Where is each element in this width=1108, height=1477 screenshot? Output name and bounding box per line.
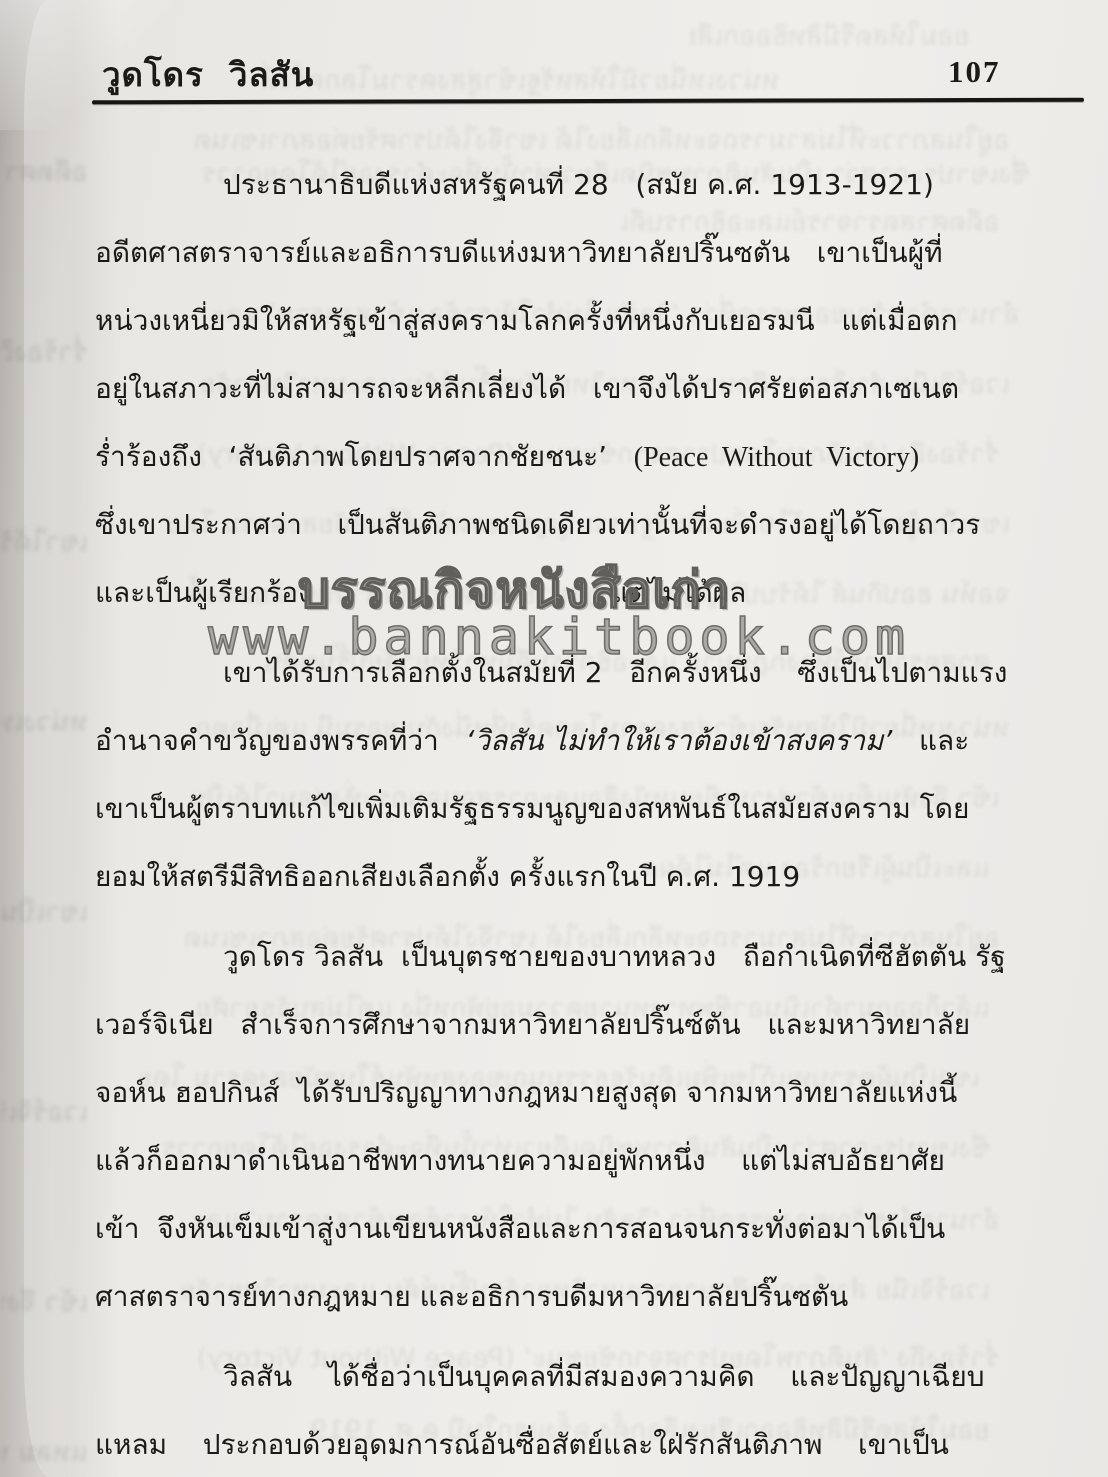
text-segment: หน่วงเหนี่ยวมิให้สหรัฐเข้าสู่สงครามโลกคร… xyxy=(95,304,958,337)
book-page: ยอมให้สตรีมีสิทธิออกเสียงเลือกตั้ง ครั้ง… xyxy=(0,0,1108,1477)
text-segment: ยอมให้สตรีมีสิทธิออกเสียงเลือกตั้ง ครั้ง… xyxy=(95,860,800,893)
text-line: วิลสัน ได้ชื่อว่าเป็นบุคคลที่มีสมองความค… xyxy=(95,1358,985,1396)
text-segment: (Peace Without Victory) xyxy=(634,442,919,473)
text-line: ซึ่งเขาประกาศว่า เป็นสันติภาพชนิดเดียวเท… xyxy=(95,506,980,544)
text-line: ยอมให้สตรีมีสิทธิออกเสียงเลือกตั้ง ครั้ง… xyxy=(95,858,800,896)
text-line: อดีตศาสตราจารย์และอธิการบดีแห่งมหาวิทยาล… xyxy=(95,234,943,272)
text-segment: เขาเป็นผู้ตราบทแก้ไขเพิ่มเติมรัฐธรรมนูญข… xyxy=(95,792,969,825)
text-segment: และ xyxy=(892,724,969,757)
text-segment: อำนาจคำขวัญของพรรคที่ว่า xyxy=(95,724,465,757)
text-line: ศาสตราจารย์ทางกฎหมาย และอธิการบดีมหาวิทย… xyxy=(95,1278,848,1316)
text-segment: วิลสัน ได้ชื่อว่าเป็นบุคคลที่มีสมองความค… xyxy=(223,1360,985,1393)
text-line: จอห์น ฮอปกินส์ ได้รับปริญญาทางกฎหมายสูงส… xyxy=(95,1074,957,1112)
text-line: แล้วก็ออกมาดำเนินอาชีพทางทนายความอยู่พัก… xyxy=(95,1142,945,1180)
text-line: แหลม ประกอบด้วยอุดมการณ์อันซื่อสัตย์และใ… xyxy=(95,1426,949,1464)
text-segment: อยู่ในสภาวะที่ไม่สามารถจะหลีกเลี่ยงได้ เ… xyxy=(95,372,959,405)
text-segment: ซึ่งเขาประกาศว่า เป็นสันติภาพชนิดเดียวเท… xyxy=(95,508,980,541)
text-segment: อดีตศาสตราจารย์และอธิการบดีแห่งมหาวิทยาล… xyxy=(95,236,943,269)
text-line: วูดโดร วิลสัน เป็นบุตรชายของบาทหลวง ถือก… xyxy=(95,938,1006,976)
text-segment: แล้วก็ออกมาดำเนินอาชีพทางทนายความอยู่พัก… xyxy=(95,1144,945,1177)
text-line: เวอร์จิเนีย สำเร็จการศึกษาจากมหาวิทยาลัย… xyxy=(95,1006,970,1044)
text-segment: ประธานาธิบดีแห่งสหรัฐคนที่ 28 (สมัย ค.ศ.… xyxy=(223,168,934,201)
text-line: อำนาจคำขวัญของพรรคที่ว่า ‘วิลสัน ไม่ทำให… xyxy=(95,722,969,760)
text-segment: เวอร์จิเนีย สำเร็จการศึกษาจากมหาวิทยาลัย… xyxy=(95,1008,970,1041)
text-segment: ศาสตราจารย์ทางกฎหมาย และอธิการบดีมหาวิทย… xyxy=(95,1280,848,1313)
body-text: ประธานาธิบดีแห่งสหรัฐคนที่ 28 (สมัย ค.ศ.… xyxy=(0,0,1108,1477)
text-line: ประธานาธิบดีแห่งสหรัฐคนที่ 28 (สมัย ค.ศ.… xyxy=(95,166,934,204)
text-segment: จอห์น ฮอปกินส์ ได้รับปริญญาทางกฎหมายสูงส… xyxy=(95,1076,957,1109)
text-line: เขาเป็นผู้ตราบทแก้ไขเพิ่มเติมรัฐธรรมนูญข… xyxy=(95,790,969,828)
watermark-url-text: www.bannakitbook.com xyxy=(208,608,910,666)
text-segment: ร่ำร้องถึง ‘สันติภาพโดยปราศจากชัยชนะ’ xyxy=(95,440,634,473)
text-segment: แหลม ประกอบด้วยอุดมการณ์อันซื่อสัตย์และใ… xyxy=(95,1428,949,1461)
text-line: ร่ำร้องถึง ‘สันติภาพโดยปราศจากชัยชนะ’ (P… xyxy=(95,438,919,477)
text-segment: และเป็นผู้เรียกร้อง xyxy=(95,576,312,609)
text-segment: ‘วิลสัน ไม่ทำให้เราต้องเข้าสงคราม’ xyxy=(465,724,892,757)
text-line: เข้า จึงหันเข็มเข้าสู่งานเขียนหนังสือและ… xyxy=(95,1210,945,1248)
text-segment: วูดโดร วิลสัน เป็นบุตรชายของบาทหลวง ถือก… xyxy=(223,940,1006,973)
text-line: อยู่ในสภาวะที่ไม่สามารถจะหลีกเลี่ยงได้ เ… xyxy=(95,370,959,408)
text-line: หน่วงเหนี่ยวมิให้สหรัฐเข้าสู่สงครามโลกคร… xyxy=(95,302,958,340)
text-segment: เข้า จึงหันเข็มเข้าสู่งานเขียนหนังสือและ… xyxy=(95,1212,945,1245)
